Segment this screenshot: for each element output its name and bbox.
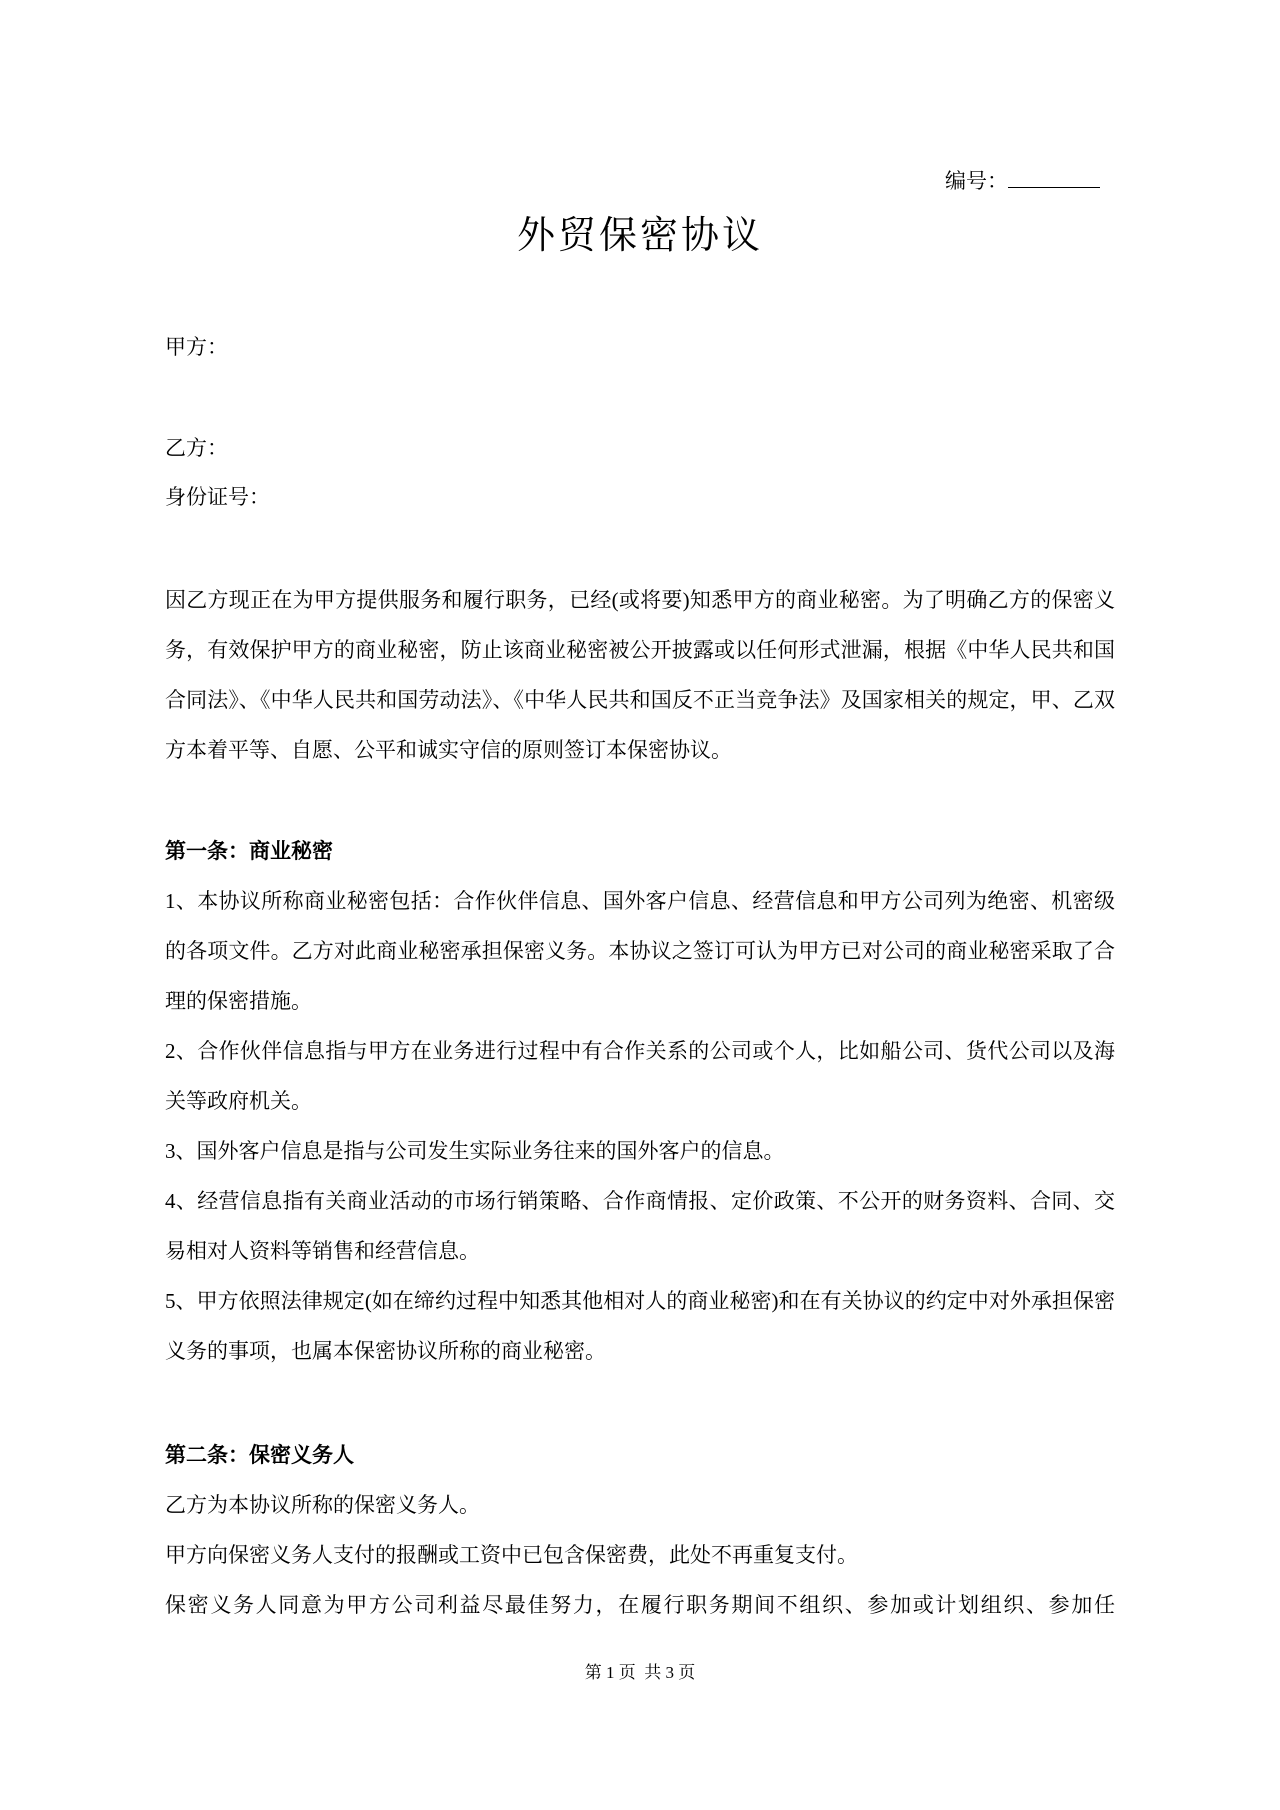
- party-a-label: 甲方：: [165, 322, 1115, 372]
- section-2-paragraph-1: 乙方为本协议所称的保密义务人。: [165, 1480, 1115, 1530]
- id-number-label: 身份证号：: [165, 472, 1115, 522]
- section-1-paragraph-5: 5、甲方依照法律规定(如在缔约过程中知悉其他相对人的商业秘密)和在有关协议的约定…: [165, 1276, 1115, 1376]
- section-1-paragraph-4: 4、经营信息指有关商业活动的市场行销策略、合作商情报、定价政策、不公开的财务资料…: [165, 1176, 1115, 1276]
- preamble-paragraph: 因乙方现正在为甲方提供服务和履行职务，已经(或将要)知悉甲方的商业秘密。为了明确…: [165, 575, 1115, 775]
- section-1-paragraph-3: 3、国外客户信息是指与公司发生实际业务往来的国外客户的信息。: [165, 1126, 1115, 1176]
- section-2-paragraph-3: 保密义务人同意为甲方公司利益尽最佳努力，在履行职务期间不组织、参加或计划组织、参…: [165, 1580, 1115, 1630]
- doc-number: 编号：: [945, 166, 1100, 195]
- document-page: 编号： 外贸保密协议 甲方： 乙方： 身份证号： 因乙方现正在为甲方提供服务和履…: [0, 0, 1280, 1810]
- section-1-paragraph-1: 1、本协议所称商业秘密包括：合作伙伴信息、国外客户信息、经营信息和甲方公司列为绝…: [165, 876, 1115, 1026]
- doc-number-blank: [1008, 166, 1100, 188]
- party-b-label: 乙方：: [165, 423, 1115, 473]
- page-footer: 第 1 页 共 3 页: [0, 1661, 1280, 1685]
- section-2-heading: 第二条：保密义务人: [165, 1430, 1115, 1480]
- section-1-paragraph-2: 2、合作伙伴信息指与甲方在业务进行过程中有合作关系的公司或个人，比如船公司、货代…: [165, 1026, 1115, 1126]
- page-title: 外贸保密协议: [0, 207, 1280, 265]
- doc-number-label: 编号：: [945, 169, 1008, 193]
- section-2-paragraph-2: 甲方向保密义务人支付的报酬或工资中已包含保密费，此处不再重复支付。: [165, 1530, 1115, 1580]
- section-1-heading: 第一条：商业秘密: [165, 826, 1115, 876]
